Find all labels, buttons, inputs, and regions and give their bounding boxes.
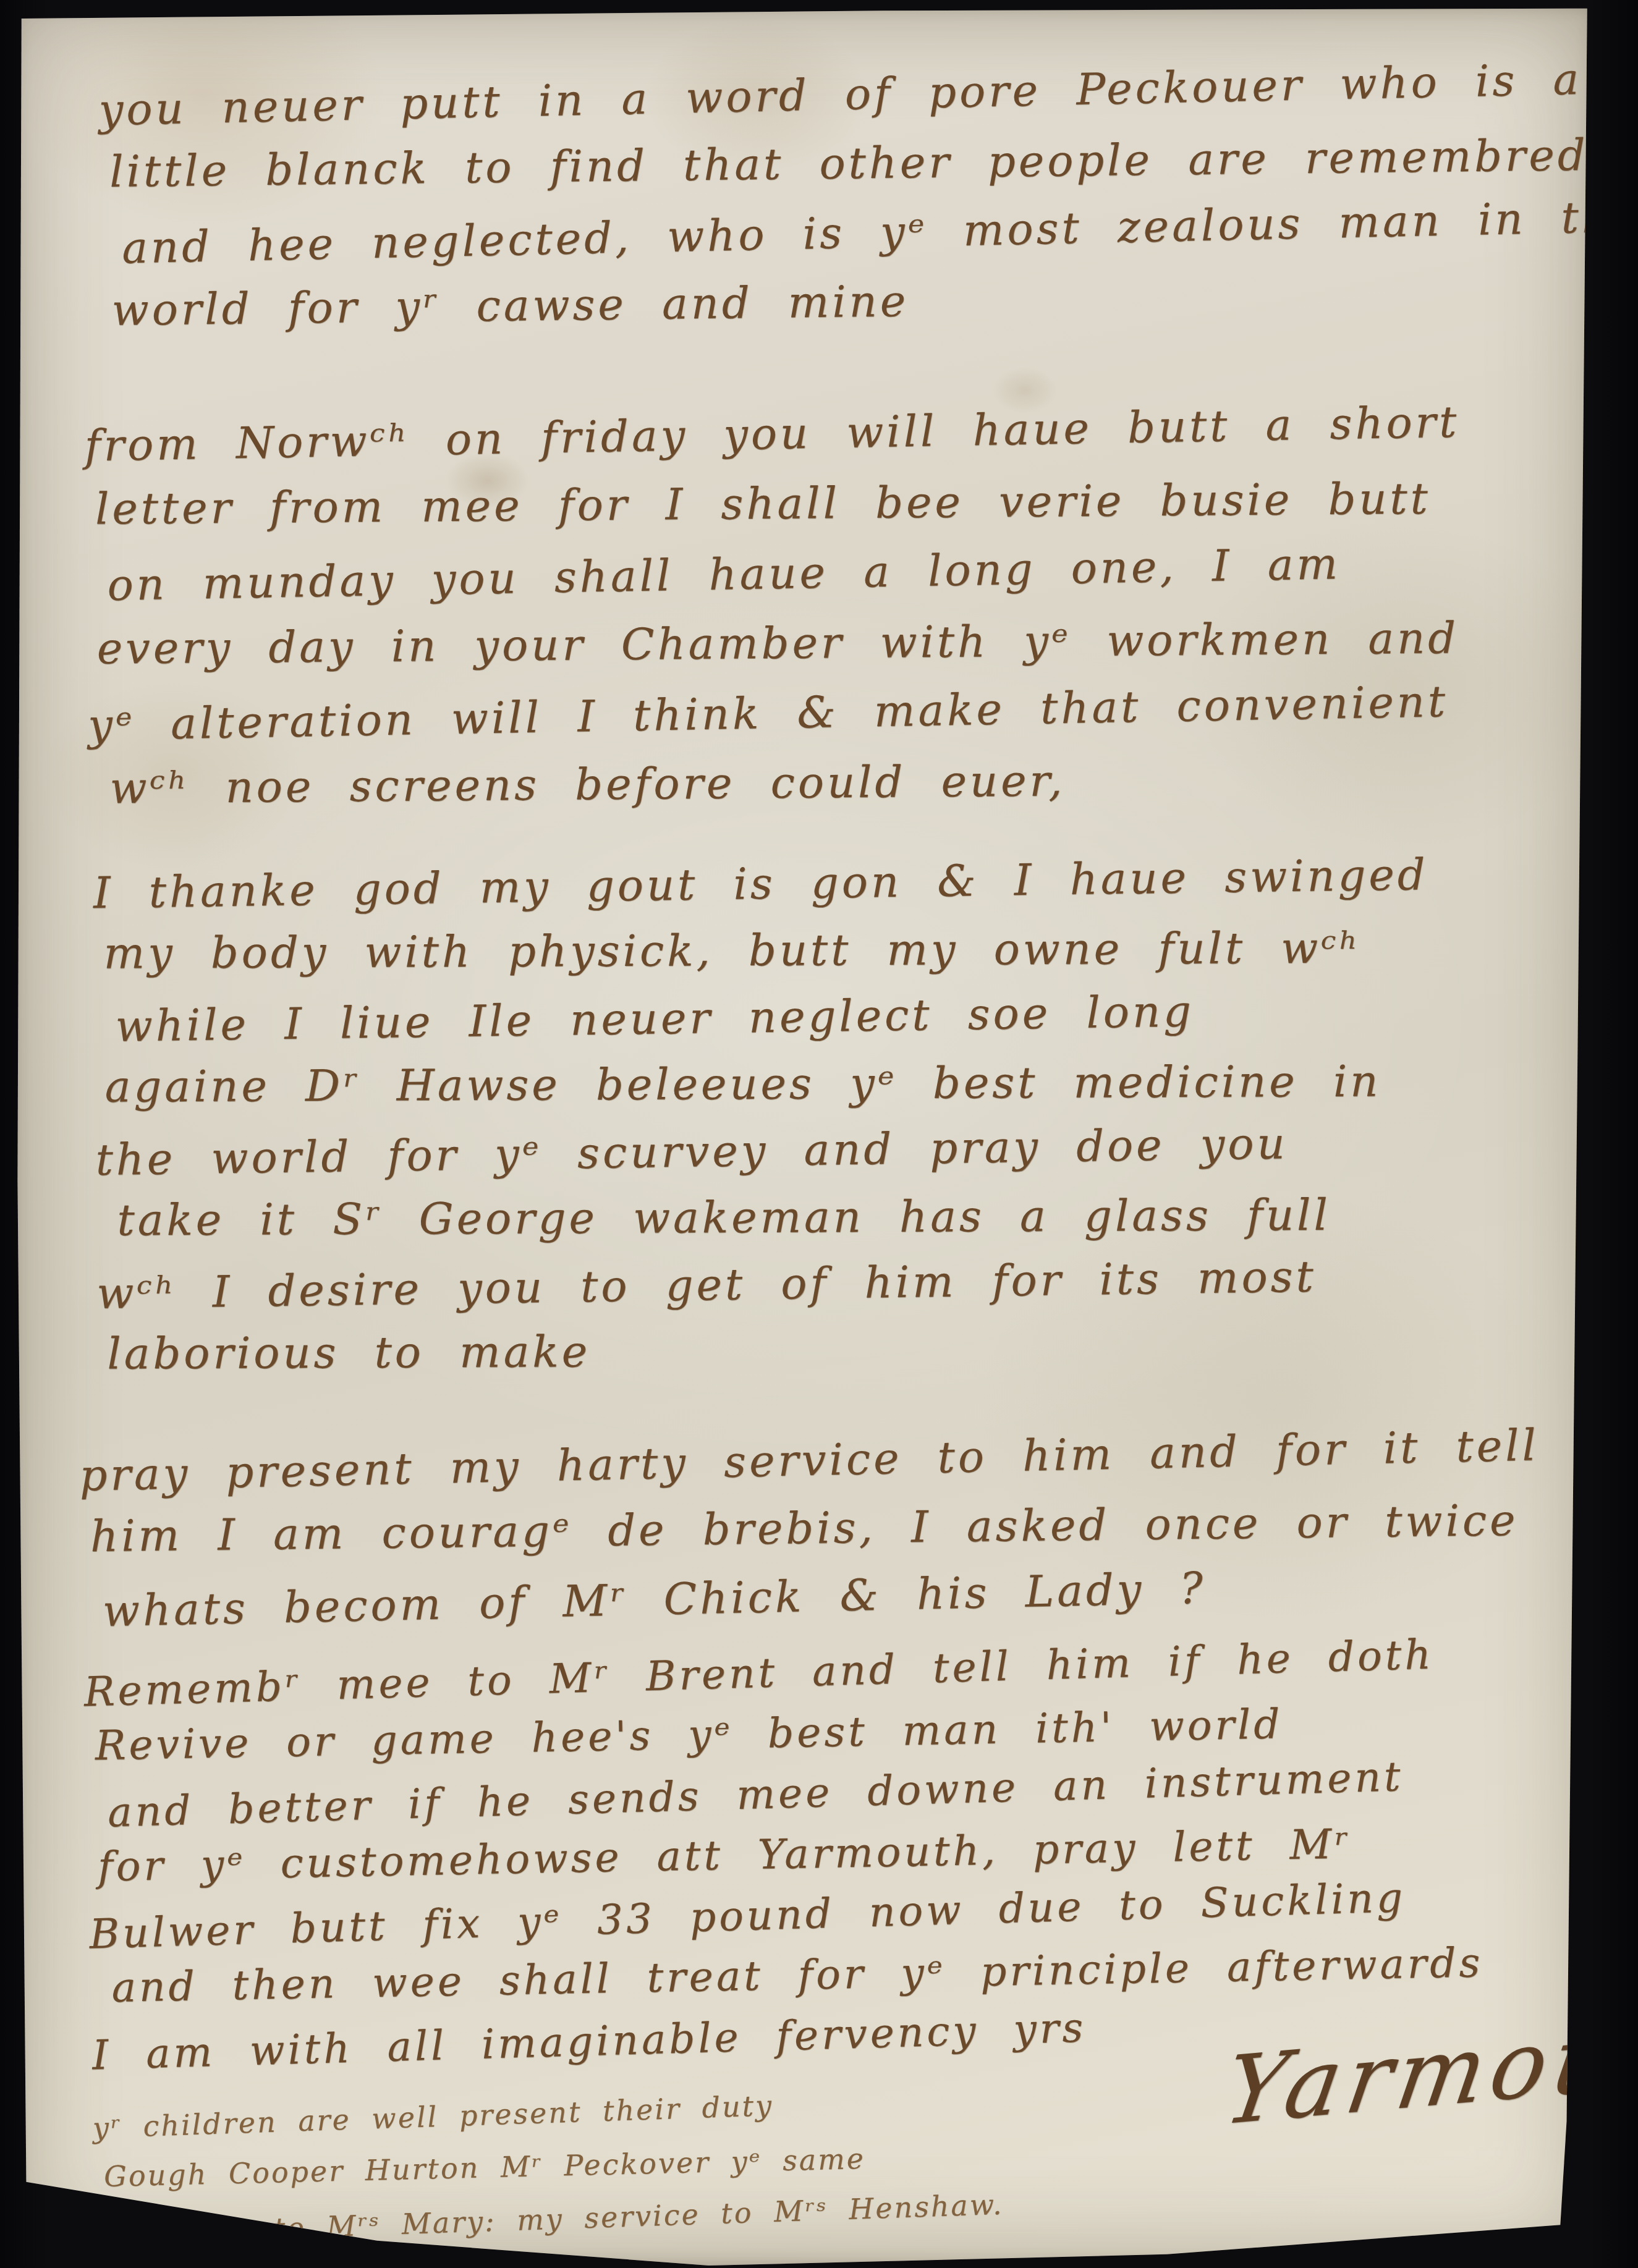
letter-paragraph-5: Remembʳ mee to Mʳ Brent and tell him if … [83,1627,1485,2083]
letter-line: laborious to make [107,1314,1432,1387]
letter-line: the world for yᵉ scurvey and pray doe yo… [95,1108,1431,1193]
letter-paragraph-2: from Norwᶜʰ on friday you will haue butt… [84,391,1464,826]
letter-paragraph-3: I thanke god my gout is gon & I haue swi… [93,845,1432,1390]
letter-line: wᶜʰ I desire you to get of him for its m… [96,1242,1432,1327]
letter-paragraph-1: you neuer putt in a word of pore Peckoue… [98,47,1638,348]
letter-line: wᶜʰ noe screens before could euer, [109,743,1464,823]
backdrop: you neuer putt in a word of pore Peckoue… [0,0,1638,2268]
letter-line: while I liue Ile neuer neglect soe long [115,975,1430,1060]
letter-line: againe Dʳ Hawse beleeues yᵉ best medicin… [104,1047,1430,1120]
letter-line: take it Sʳ George wakeman has a glass fu… [117,1181,1431,1253]
letter-paragraph-4: pray present my harty service to him and… [79,1415,1542,1641]
letter-line: my body with physick, butt my owne fult … [103,914,1428,986]
postscript: yʳ children are well present their dutyG… [92,2074,1004,2259]
letter-page: you neuer putt in a word of pore Peckoue… [14,6,1593,2266]
letter-line: I thanke god my gout is gon & I haue swi… [93,841,1428,926]
